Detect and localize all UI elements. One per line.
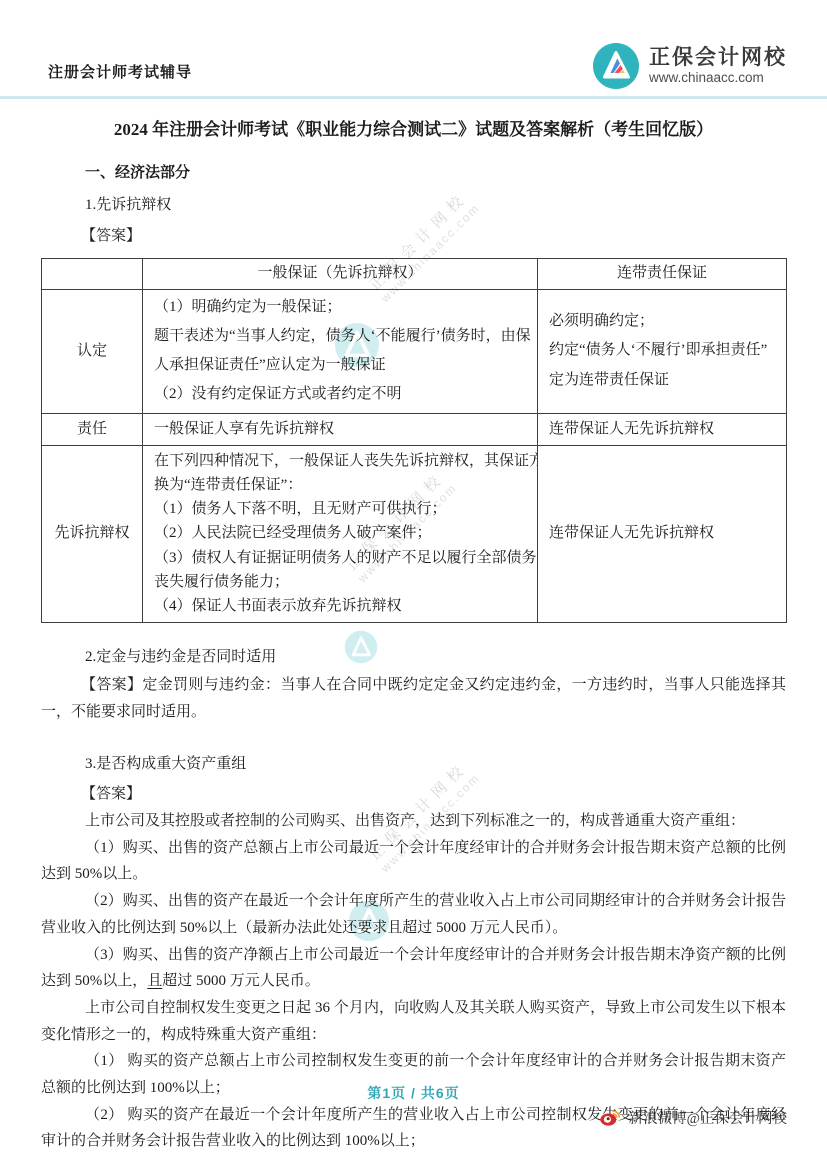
question-2-answer: 【答案】定金罚则与违约金：当事人在合同中既约定定金又约定违约金，一方违约时，当事… (41, 672, 786, 725)
row-label: 先诉抗辩权 (42, 445, 143, 622)
cell-general: （1）明确约定为一般保证； 题干表述为“当事人约定，债务人‘不能履行’债务时，由… (143, 289, 538, 413)
paragraph-text: 超过 5000 万元人民币。 (162, 973, 320, 989)
paragraph: （2）购买、出售的资产在最近一个会计年度所产生的营业收入占上市公司同期经审计的合… (41, 888, 786, 941)
cell-joint: 连带保证人无先诉抗辩权 (538, 445, 787, 622)
question-3-heading: 3.是否构成重大资产重组 (41, 751, 786, 778)
brand-url: www.chinaacc.com (649, 70, 787, 86)
chinaacc-logo-icon (592, 42, 640, 90)
row-label: 责任 (42, 413, 143, 445)
cell-joint: 必须明确约定； 约定“债务人‘不履行’即承担责任” 定为连带责任保证 (538, 289, 787, 413)
question-2-heading: 2.定金与违约金是否同时适用 (41, 644, 786, 671)
cell-general: 一般保证人享有先诉抗辩权 (143, 413, 538, 445)
cell-joint: 连带保证人无先诉抗辩权 (538, 413, 787, 445)
header-doc-type: 注册会计师考试辅导 (48, 61, 192, 82)
page-header: 注册会计师考试辅导 正保会计网校 www.chinaacc.com (0, 0, 827, 99)
table-header-row: 一般保证（先诉抗辩权） 连带责任保证 (42, 258, 787, 289)
paragraph: 上市公司及其控股或者控制的公司购买、出售资产，达到下列标准之一的，构成普通重大资… (41, 808, 786, 835)
weibo-footer: 新浪微博@正保会计网校 (599, 1106, 787, 1128)
paragraph: 上市公司自控制权发生变更之日起 36 个月内，向收购人及其关联人购买资产，导致上… (41, 995, 786, 1048)
paragraph: （1）购买、出售的资产总额占上市公司最近一个会计年度经审计的合并财务会计报告期末… (41, 835, 786, 888)
row-label: 认定 (42, 289, 143, 413)
document-body: 2024 年注册会计师考试《职业能力综合测试二》试题及答案解析（考生回忆版） 一… (41, 102, 786, 1155)
page-title: 2024 年注册会计师考试《职业能力综合测试二》试题及答案解析（考生回忆版） (41, 117, 786, 143)
cell-general: 在下列四种情况下，一般保证人丧失先诉抗辩权，其保证方式 换为“连带责任保证”： … (143, 445, 538, 622)
weibo-icon (599, 1106, 621, 1128)
guarantee-comparison-table: 一般保证（先诉抗辩权） 连带责任保证 认定 （1）明确约定为一般保证； 题干表述… (41, 258, 787, 623)
weibo-label: 新浪微博@正保会计网校 (629, 1107, 787, 1128)
table-row: 责任 一般保证人享有先诉抗辩权 连带保证人无先诉抗辩权 (42, 413, 787, 445)
brand-logo: 正保会计网校 www.chinaacc.com (592, 42, 787, 90)
answer-label: 【答案】 (41, 781, 786, 808)
brand-name: 正保会计网校 (649, 46, 787, 70)
table-header-general: 一般保证（先诉抗辩权） (143, 258, 538, 289)
document-page: 正保会计网校 www.chinaacc.com 正保会计网校 www.china… (0, 0, 827, 1170)
table-row: 先诉抗辩权 在下列四种情况下，一般保证人丧失先诉抗辩权，其保证方式 换为“连带责… (42, 445, 787, 622)
section-heading: 一、经济法部分 (41, 160, 786, 187)
table-header-empty (42, 258, 143, 289)
page-number: 第1页 / 共6页 (0, 1083, 827, 1103)
underlined-text: 且 (147, 973, 162, 989)
answer-label: 【答案】 (41, 223, 786, 250)
brand-text: 正保会计网校 www.chinaacc.com (649, 46, 787, 86)
table-header-joint: 连带责任保证 (538, 258, 787, 289)
paragraph: （3）购买、出售的资产净额占上市公司最近一个会计年度经审计的合并财务会计报告期末… (41, 942, 786, 995)
table-row: 认定 （1）明确约定为一般保证； 题干表述为“当事人约定，债务人‘不能履行’债务… (42, 289, 787, 413)
question-1-heading: 1.先诉抗辩权 (41, 192, 786, 219)
